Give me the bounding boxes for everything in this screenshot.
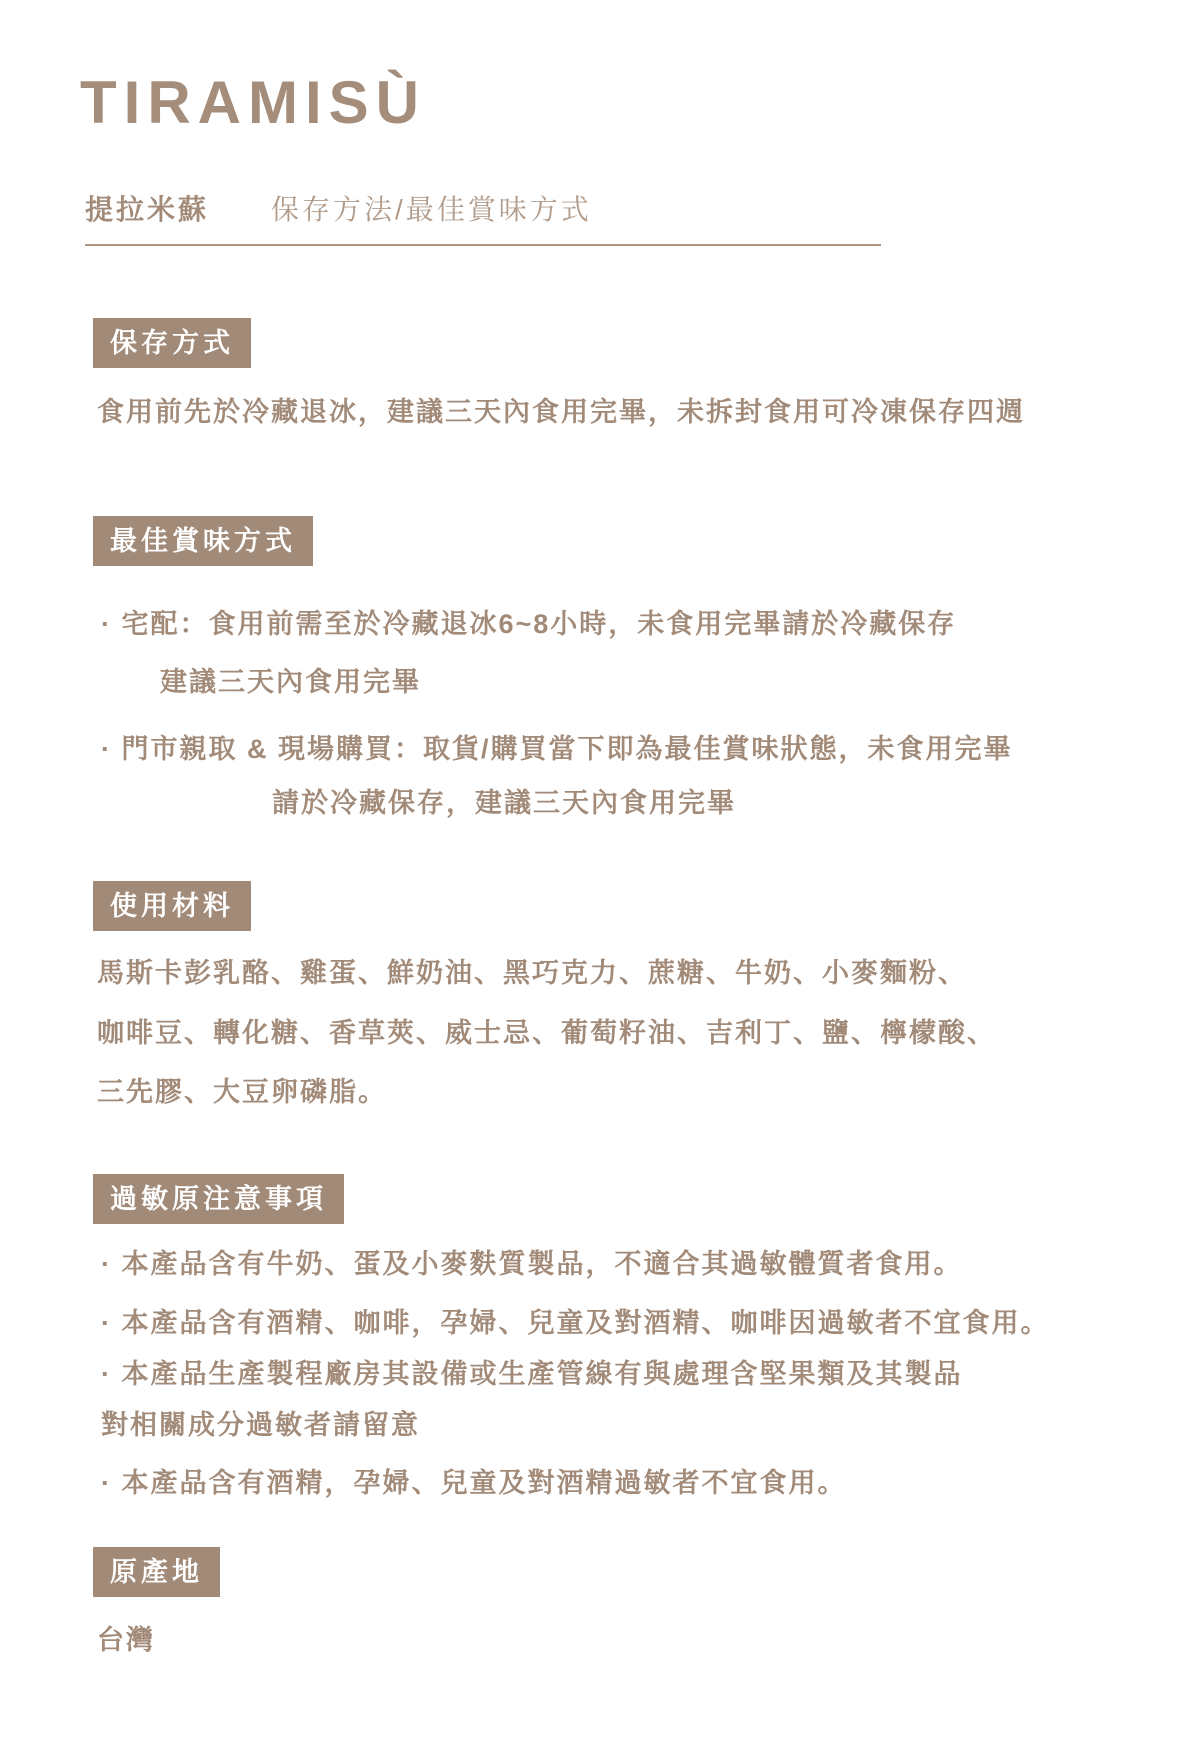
allergen-bullet-alcohol-coffee: · 本產品含有酒精、咖啡，孕婦、兒童及對酒精、咖啡因過敏者不宜食用。 xyxy=(101,1307,1145,1341)
storage-instructions-text: 食用前先於冷藏退冰，建議三天內食用完畢，未拆封食用可冷凍保存四週 xyxy=(97,396,1145,430)
allergen-bullet-dairy-egg-wheat: · 本產品含有牛奶、蛋及小麥麩質製品，不適合其過敏體質者食用。 xyxy=(101,1248,1145,1282)
section-allergen-notice: 過敏原注意事項 · 本產品含有牛奶、蛋及小麥麩質製品，不適合其過敏體質者食用。 … xyxy=(85,1174,1145,1501)
divider-line xyxy=(85,244,881,246)
allergen-bullet-nuts-facility: · 本產品生產製程廠房其設備或生產管線有與處理含堅果類及其製品 xyxy=(101,1358,1145,1392)
section-heading-ingredients: 使用材料 xyxy=(93,881,251,931)
allergen-bullet-alcohol: · 本產品含有酒精，孕婦、兒童及對酒精過敏者不宜食用。 xyxy=(101,1467,1145,1501)
section-heading-allergen: 過敏原注意事項 xyxy=(93,1174,344,1224)
allergen-bullet-nuts-facility-continuation: 對相關成分過敏者請留意 xyxy=(101,1409,1145,1443)
page-subtitle: 保存方法/最佳賞味方式 xyxy=(271,188,592,228)
ingredients-line-1: 馬斯卡彭乳酪、雞蛋、鮮奶油、黑巧克力、蔗糖、牛奶、小麥麵粉、 xyxy=(97,957,1145,991)
section-heading-storage: 保存方式 xyxy=(93,318,251,368)
product-info-page: TIRAMISÙ 提拉米蘇 保存方法/最佳賞味方式 保存方式 食用前先於冷藏退冰… xyxy=(0,0,1200,1752)
section-storage: 保存方式 食用前先於冷藏退冰，建議三天內食用完畢，未拆封食用可冷凍保存四週 xyxy=(85,318,1145,430)
section-best-taste: 最佳賞味方式 · 宅配：食用前需至於冷藏退冰6~8小時，未食用完畢請於冷藏保存 … xyxy=(85,516,1145,821)
section-origin: 原產地 台灣 xyxy=(85,1547,1145,1658)
subtitle-row: 提拉米蘇 保存方法/最佳賞味方式 xyxy=(85,188,1145,228)
page-title: TIRAMISÙ xyxy=(80,70,1145,136)
section-heading-best-taste: 最佳賞味方式 xyxy=(93,516,313,566)
section-heading-origin: 原產地 xyxy=(93,1547,220,1597)
origin-text: 台灣 xyxy=(97,1624,1145,1658)
product-name: 提拉米蘇 xyxy=(85,188,209,228)
best-taste-bullet-store-pickup: · 門市親取 & 現場購買：取貨/購買當下即為最佳賞味狀態，未食用完畢 xyxy=(101,733,1145,767)
ingredients-line-2: 咖啡豆、轉化糖、香草莢、威士忌、葡萄籽油、吉利丁、鹽、檸檬酸、 xyxy=(97,1017,1145,1051)
best-taste-bullet-delivery: · 宅配：食用前需至於冷藏退冰6~8小時，未食用完畢請於冷藏保存 xyxy=(101,608,1145,642)
best-taste-bullet-delivery-continuation: 建議三天內食用完畢 xyxy=(160,666,1145,700)
section-ingredients: 使用材料 馬斯卡彭乳酪、雞蛋、鮮奶油、黑巧克力、蔗糖、牛奶、小麥麵粉、 咖啡豆、… xyxy=(85,881,1145,1110)
ingredients-line-3: 三先膠、大豆卵磷脂。 xyxy=(97,1076,1145,1110)
best-taste-bullet-store-pickup-continuation: 請於冷藏保存，建議三天內食用完畢 xyxy=(272,787,1145,821)
